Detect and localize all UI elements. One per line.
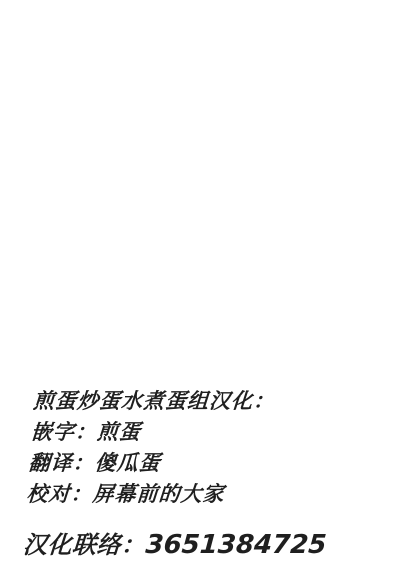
credit-line-translation: 翻译：傻瓜蛋	[28, 448, 334, 479]
typesetting-value: 煎蛋	[96, 420, 142, 444]
credit-line-proofreading: 校对：屏幕前的大家	[25, 479, 331, 510]
credits-block: 煎蛋炒蛋水煮蛋组汉化： 嵌字：煎蛋 翻译：傻瓜蛋 校对：屏幕前的大家 汉化联络：…	[22, 386, 338, 560]
group-title: 煎蛋炒蛋水煮蛋组汉化：	[32, 386, 338, 417]
credit-line-typesetting: 嵌字：煎蛋	[30, 417, 336, 448]
proofreading-label: 校对：	[26, 482, 94, 506]
translation-value: 傻瓜蛋	[94, 451, 162, 475]
contact-line: 汉化联络：3651384725	[22, 530, 328, 560]
proofreading-value: 屏幕前的大家	[92, 482, 226, 506]
translation-label: 翻译：	[28, 451, 96, 475]
credits-page: 煎蛋炒蛋水煮蛋组汉化： 嵌字：煎蛋 翻译：傻瓜蛋 校对：屏幕前的大家 汉化联络：…	[0, 0, 400, 566]
contact-label: 汉化联络：	[22, 531, 146, 559]
contact-number: 3651384725	[145, 530, 328, 560]
typesetting-label: 嵌字：	[30, 420, 98, 444]
